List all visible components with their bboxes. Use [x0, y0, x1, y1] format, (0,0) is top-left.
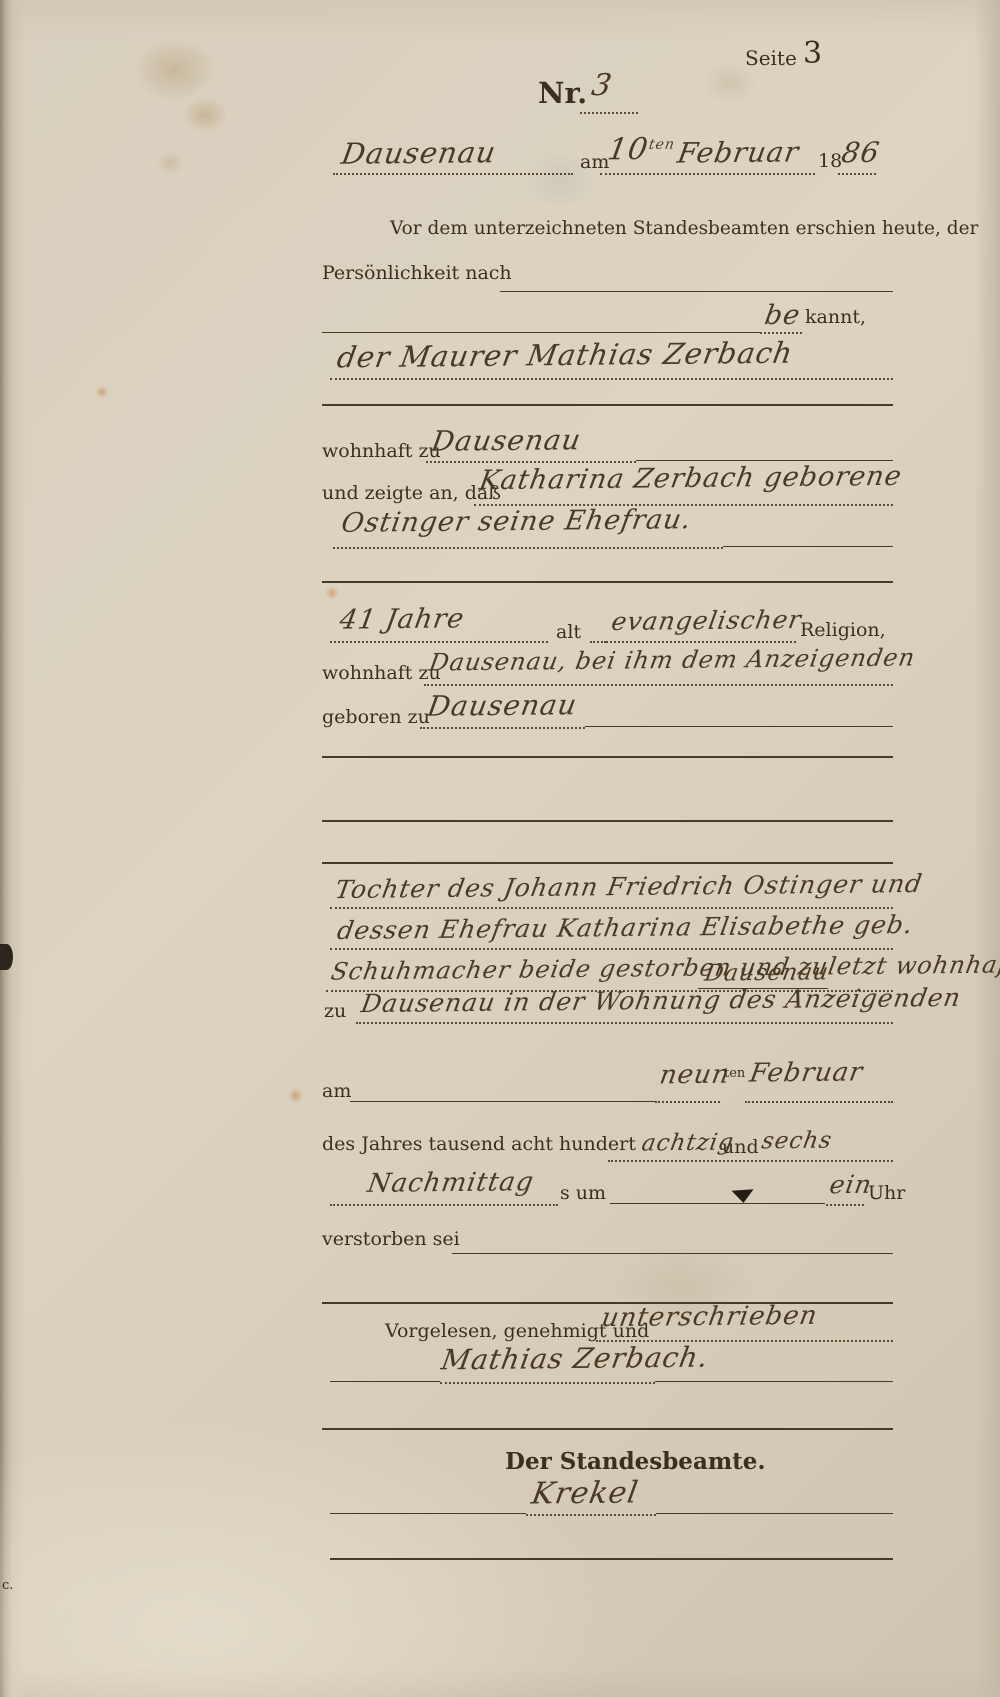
record-number-value: 3 — [589, 68, 615, 103]
registrar-signature: Krekel — [529, 1475, 641, 1511]
blank-line — [330, 378, 893, 380]
record-number-label: Nr. — [538, 76, 587, 110]
blank-line — [500, 291, 893, 292]
parents-line4: Dausenau in der Wohnung des Anzeigenden — [359, 983, 963, 1018]
deceased-name-line2: Ostinger seine Ehefrau. — [339, 504, 694, 539]
bekannt-hand: be — [762, 300, 802, 331]
intro-line1: Vor dem unterzeichneten Standesbeamten e… — [390, 218, 978, 239]
blank-line — [606, 641, 796, 643]
religion-value: evangelischer — [609, 605, 804, 636]
zu-label: zu — [324, 1000, 346, 1022]
stain — [288, 1088, 303, 1103]
blank-line — [590, 641, 606, 643]
section-rule — [322, 581, 893, 583]
s-um-label: s um — [560, 1182, 606, 1204]
blank-line — [608, 1160, 893, 1162]
geboren-value: Dausenau — [425, 688, 580, 723]
blank-line — [330, 641, 548, 643]
signature-line — [330, 1513, 526, 1514]
daytime-value: Nachmittag — [365, 1167, 536, 1199]
stain — [130, 35, 220, 105]
wohnhaft-label: wohnhaft zu — [322, 440, 441, 462]
blank-line — [420, 727, 585, 729]
stain — [155, 150, 185, 176]
signature-line-dotted — [526, 1514, 656, 1516]
bekannt-printed: kannt, — [805, 306, 866, 328]
month-value: Februar — [675, 135, 802, 169]
blank-line — [655, 1101, 720, 1103]
blank-line — [330, 907, 893, 909]
alt-label: alt — [556, 621, 581, 643]
religion-label: Religion, — [800, 619, 886, 641]
death-day-value: neun — [657, 1060, 732, 1091]
page-edge-mark — [0, 944, 13, 970]
blank-line — [356, 1022, 893, 1024]
ten-suffix: ten — [724, 1066, 745, 1081]
signature-line — [656, 1513, 893, 1514]
blank-rule — [322, 862, 893, 864]
signature-line — [655, 1381, 893, 1382]
geboren-label: geboren zu — [322, 706, 430, 728]
stain — [325, 586, 339, 600]
blank-line — [838, 173, 876, 175]
deceased-wohnhaft-value: Dausenau, bei ihm dem Anzeigenden — [427, 643, 917, 676]
blank-line — [585, 726, 893, 727]
signature-line-dotted — [440, 1382, 655, 1384]
blank-line — [333, 547, 723, 549]
age-value: 41 Jahre — [337, 603, 467, 635]
unterschrieben-word: unterschrieben — [599, 1301, 820, 1333]
day-number: 10 — [605, 132, 651, 167]
year-written: 86 — [839, 136, 882, 169]
margin-mark: c. — [2, 1578, 13, 1593]
blank-rule — [322, 820, 893, 822]
blank-rule — [322, 1428, 893, 1430]
year-ones-value: sechs — [760, 1128, 834, 1155]
year-label: des Jahres tausend acht hundert — [322, 1133, 636, 1155]
blank-line — [600, 173, 815, 175]
blank-rule — [322, 756, 893, 758]
blank-line — [610, 1203, 825, 1204]
parents-line3: Schuhmacher beide gestorben und zuletzt … — [329, 950, 1000, 985]
zeigte-label: und zeigte an, daß — [322, 482, 501, 504]
place-value: Dausenau — [339, 135, 499, 171]
deceased-wohnhaft-label: wohnhaft zu — [322, 662, 441, 684]
page-number-value: 3 — [803, 36, 822, 71]
uhr-label: Uhr — [868, 1182, 905, 1204]
death-am-label: am — [322, 1080, 351, 1102]
declarant-signature: Mathias Zerbach. — [439, 1341, 711, 1377]
blank-line — [826, 1204, 864, 1206]
declarant-name: der Maurer Mathias Zerbach — [335, 336, 796, 375]
parents-line1: Tochter des Johann Friedrich Ostinger un… — [333, 869, 925, 904]
insertion-word: Dausenau — [703, 959, 831, 986]
wohnhaft-value: Dausenau — [429, 423, 584, 458]
signature-line — [330, 1381, 440, 1382]
parents-line2: dessen Ehefrau Katharina Elisabethe geb. — [335, 910, 915, 945]
blank-rule — [330, 1558, 893, 1560]
day-suffix: ten — [648, 137, 677, 153]
stain — [96, 386, 108, 398]
page-number-label: Seite — [745, 46, 797, 70]
blank-line — [760, 332, 802, 334]
day-value: 10ten — [605, 132, 677, 168]
blank-line — [426, 461, 636, 463]
ink-blot — [732, 1189, 755, 1204]
blank-line — [452, 1253, 893, 1254]
blank-line — [723, 546, 893, 547]
blank-line — [333, 173, 573, 175]
blank-line — [424, 684, 893, 686]
blank-line — [350, 1101, 655, 1102]
und-label: und — [722, 1136, 759, 1158]
death-month-value: Februar — [747, 1057, 865, 1088]
blank-line — [745, 1101, 893, 1103]
stain — [180, 95, 230, 135]
blank-line — [330, 1204, 558, 1206]
deceased-name-line1: Katharina Zerbach geborene — [477, 461, 904, 496]
death-register-page: Seite 3 Nr. 3 Dausenau am 10ten Februar … — [0, 0, 1000, 1697]
blank-line — [580, 112, 638, 114]
blank-line — [322, 332, 760, 333]
blank-line — [330, 948, 893, 950]
registrar-title: Der Standesbeamte. — [505, 1448, 765, 1475]
persoenlichkeit-label: Persönlichkeit nach — [322, 262, 512, 284]
section-rule — [322, 404, 893, 406]
verstorben-label: verstorben sei — [322, 1228, 460, 1250]
